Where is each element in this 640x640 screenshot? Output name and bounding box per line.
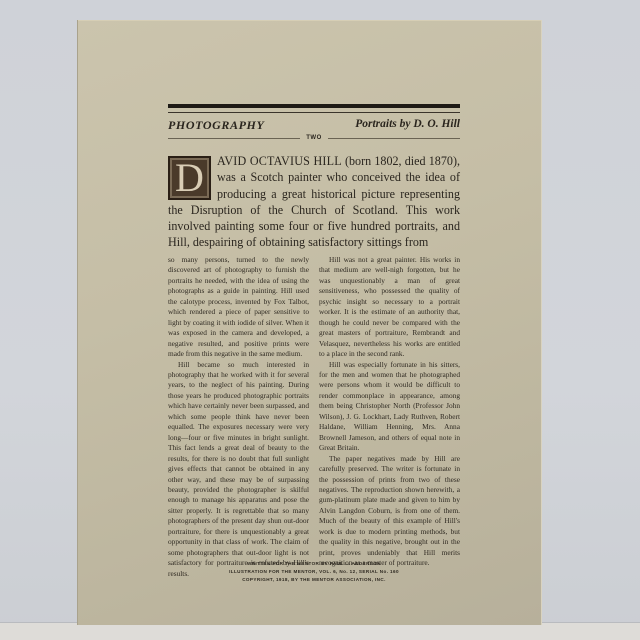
body-columns: so many persons, turned to the newly dis… xyxy=(168,255,460,579)
drop-cap: D xyxy=(168,156,211,200)
lead-text: (born 1802, died 1870), was a Scotch pai… xyxy=(168,154,460,249)
credit-line: COPYRIGHT, 1918, BY THE MENTOR ASSOCIATI… xyxy=(168,576,460,584)
column-left: so many persons, turned to the newly dis… xyxy=(168,255,309,579)
article-title: Portraits by D. O. Hill xyxy=(355,118,460,130)
header-rule-thick xyxy=(168,104,460,108)
header-rule-thin xyxy=(168,112,460,113)
divider xyxy=(168,138,300,139)
paragraph: Hill was not a great painter. His works … xyxy=(319,255,460,360)
paragraph: Hill was especially fortunate in his sit… xyxy=(319,360,460,454)
page-label: TWO xyxy=(306,135,322,141)
paragraph: Hill became so much interested in photog… xyxy=(168,360,309,580)
column-right: Hill was not a great painter. His works … xyxy=(319,255,460,579)
page-label-row: TWO xyxy=(168,133,460,143)
lead-paragraph: DAVID OCTAVIUS HILL (born 1802, died 187… xyxy=(168,153,460,251)
credit-line: WRITTEN FOR THE MENTOR BY PAUL L. ANDERS… xyxy=(168,560,460,568)
paragraph: The paper negatives made by Hill are car… xyxy=(319,454,460,569)
divider xyxy=(328,138,460,139)
paragraph: so many persons, turned to the newly dis… xyxy=(168,255,309,360)
section-title: PHOTOGRAPHY xyxy=(168,118,264,133)
credit-line: ILLUSTRATION FOR THE MENTOR, VOL. 6, No.… xyxy=(168,568,460,576)
document-sheet: PHOTOGRAPHY Portraits by D. O. Hill TWO … xyxy=(78,20,541,625)
credits: WRITTEN FOR THE MENTOR BY PAUL L. ANDERS… xyxy=(168,560,460,583)
lead-caps: AVID OCTAVIUS HILL xyxy=(217,154,342,168)
